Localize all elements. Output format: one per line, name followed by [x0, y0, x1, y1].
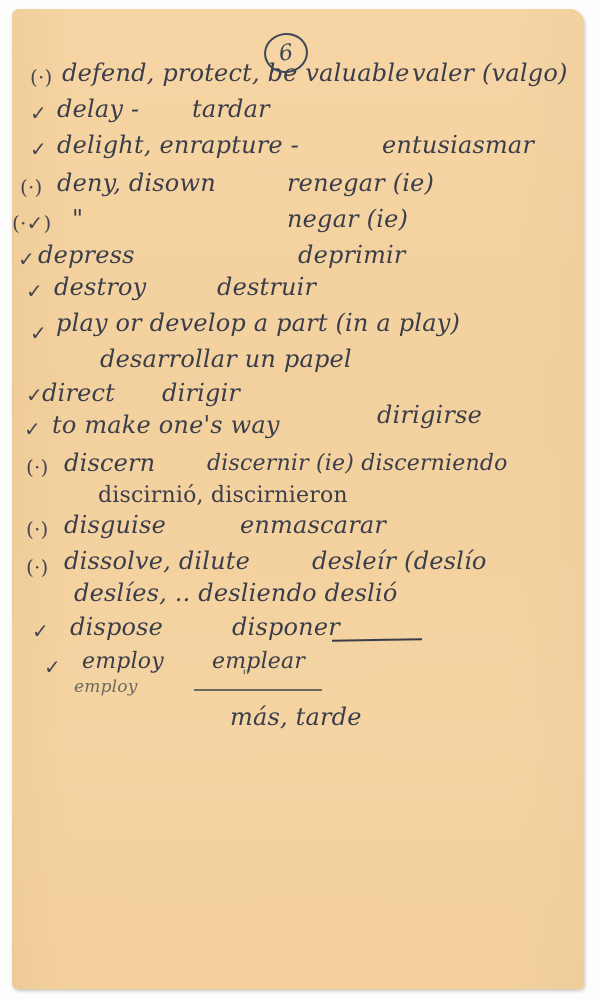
entry-continuation: deslíes, .. desliendo deslió	[74, 579, 398, 607]
entry-spanish: enmascarar	[240, 511, 386, 539]
entry-english: defend, protect, be valuable	[62, 59, 410, 87]
entry-english: deny, disown	[57, 169, 216, 197]
entry-english: destroy	[54, 273, 146, 301]
entry-english: delay -	[57, 95, 139, 123]
pencil-note: employ	[74, 677, 138, 697]
entry-mark: ✓	[44, 655, 61, 679]
entry-mark: (·)	[30, 65, 53, 89]
entry-mark: ✓	[24, 417, 41, 441]
entry-spanish: emplear	[212, 649, 305, 674]
pencil-underline	[194, 689, 322, 691]
entry-mark: (·)	[20, 175, 43, 199]
entry-english: dissolve, dilute	[64, 547, 250, 575]
entry-spanish: desarrollar un papel	[100, 345, 352, 373]
entry-mark: ✓	[26, 279, 43, 303]
entry-spanish: disponer	[232, 613, 340, 641]
entry-mark: (·✓)	[12, 211, 52, 235]
entry-english: depress	[38, 241, 135, 269]
entry-english: play or develop a part (in a play)	[56, 309, 460, 337]
entry-spanish: valer (valgo)	[412, 59, 568, 87]
underline	[332, 638, 422, 642]
entry-spanish: destruir	[217, 273, 316, 301]
entry-spanish: discernir (ie) discerniendo	[207, 451, 508, 476]
entry-spanish: dirigirse	[377, 401, 482, 429]
entry-spanish: negar (ie)	[287, 205, 408, 233]
entry-mark: ✓	[30, 321, 47, 345]
entry-english: dispose	[70, 613, 163, 641]
entry-english: discern	[64, 449, 155, 477]
entry-spanish: dirigir	[162, 379, 240, 407]
entry-mark: ✓	[26, 383, 43, 407]
entry-spanish: desleír (deslío	[312, 547, 487, 575]
entry-english: disguise	[64, 511, 166, 539]
entry-mark: ✓	[32, 619, 49, 643]
entry-english: employ	[82, 649, 164, 674]
entry-english: direct	[42, 379, 115, 407]
entry-mark: ✓	[18, 247, 35, 271]
index-card: 6 (·) defend, protect, be valuable valer…	[12, 9, 584, 989]
entry-mark: ✓	[30, 101, 47, 125]
footer-note: más, tarde	[230, 703, 362, 731]
entry-spanish: renegar (ie)	[287, 169, 434, 197]
entry-spanish: deprimir	[298, 241, 406, 269]
entry-english: "	[72, 205, 83, 233]
entry-mark: (·)	[26, 455, 49, 479]
entry-mark: (·)	[26, 555, 49, 579]
entry-spanish: tardar	[192, 95, 270, 123]
entry-english: to make one's way	[52, 411, 280, 439]
entry-mark: (·)	[26, 517, 49, 541]
ditto-mark: "	[242, 667, 250, 687]
entry-continuation: discirnió, discirnieron	[98, 483, 348, 508]
entry-english: delight, enrapture -	[57, 131, 299, 159]
entry-spanish: entusiasmar	[382, 131, 534, 159]
entry-mark: ✓	[30, 137, 47, 161]
